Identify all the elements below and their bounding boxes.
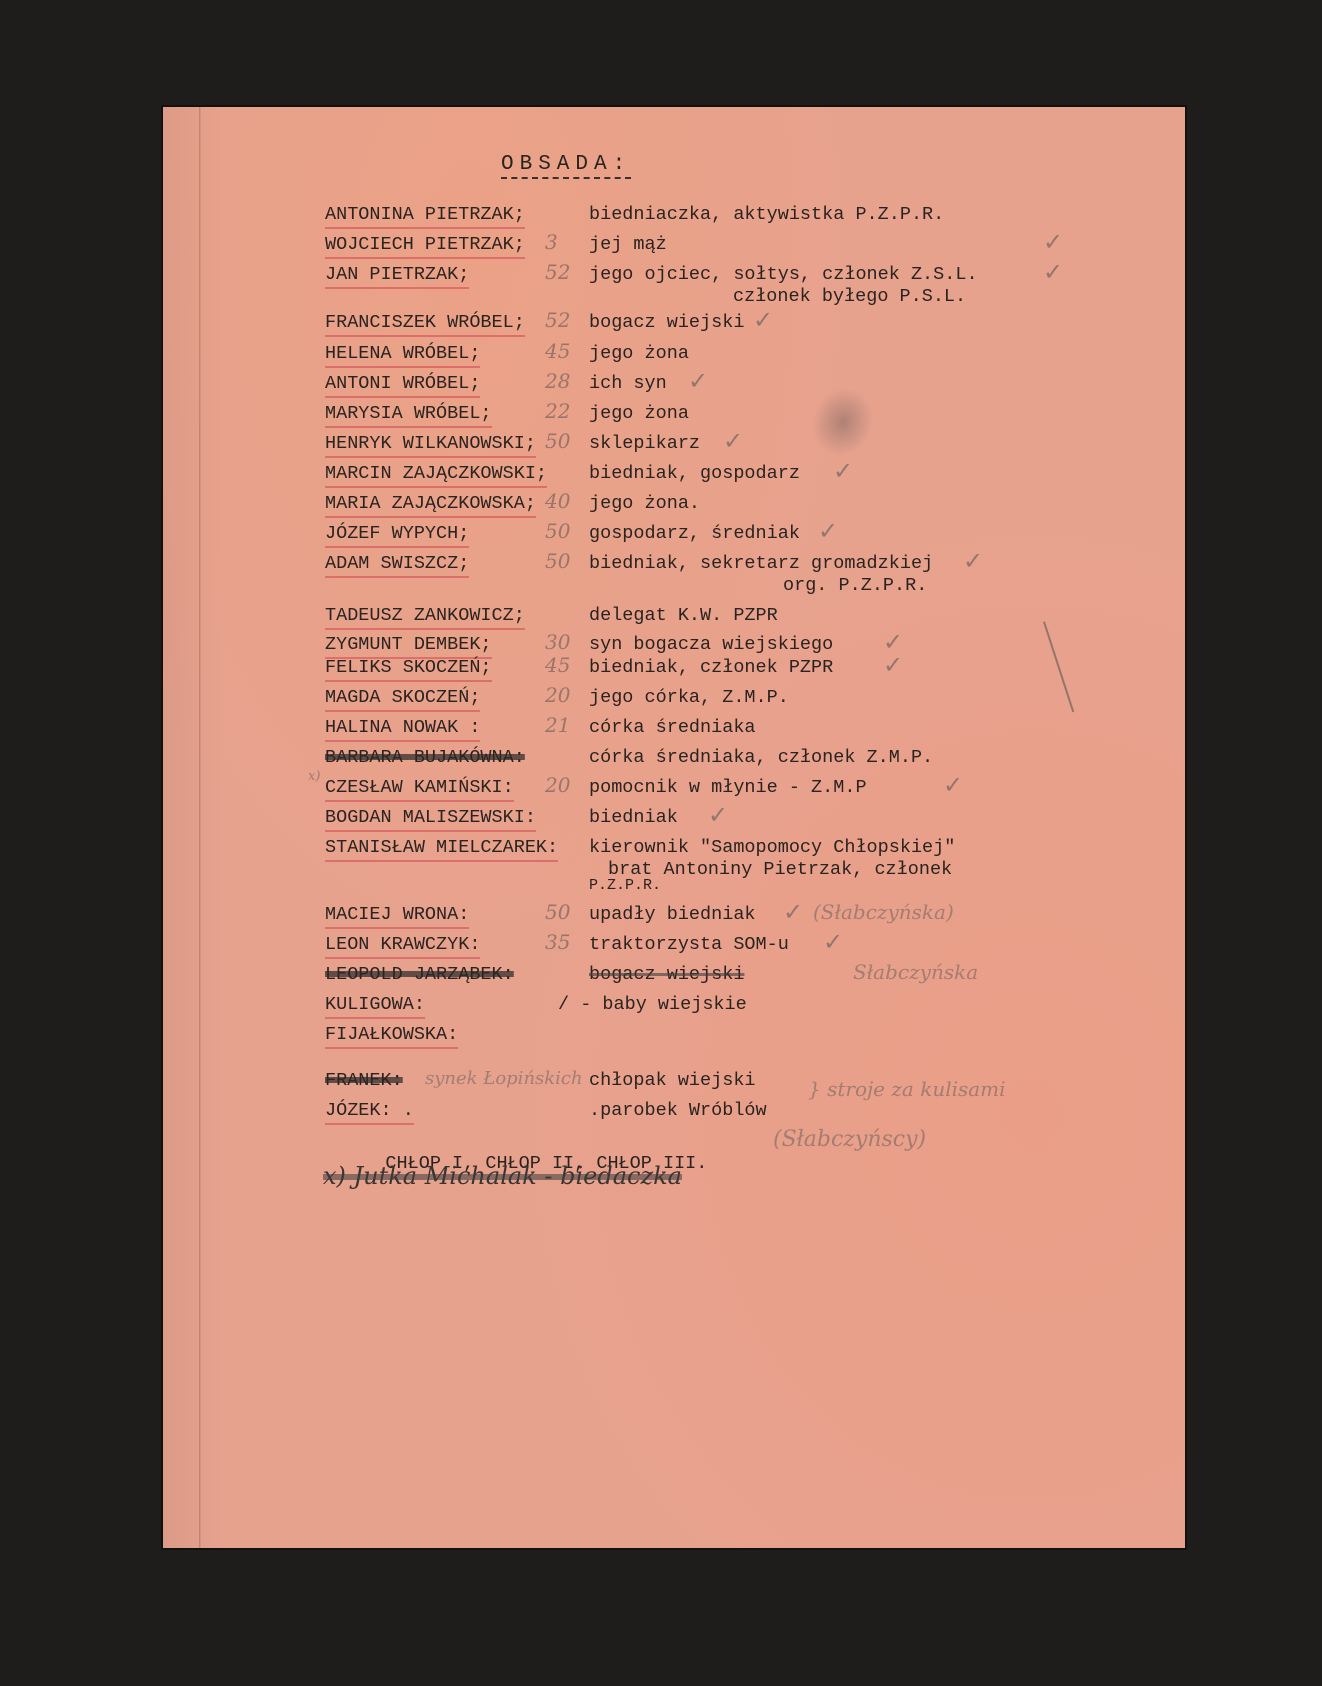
character-role-continued: org. P.Z.P.R. [783, 575, 927, 596]
age-note: 20 [545, 773, 570, 797]
brace-note: } stroje za kulisami [808, 1077, 1006, 1101]
character-role: jego żona [589, 343, 689, 364]
age-note: 3 [545, 230, 558, 254]
character-name: HENRYK WILKANOWSKI; [325, 433, 536, 458]
check-mark-icon: ✓ [708, 801, 728, 829]
pencil-line [1043, 621, 1074, 712]
character-name: LEON KRAWCZYK: [325, 934, 480, 959]
character-role: bogacz wiejski [589, 312, 744, 333]
character-role: delegat K.W. PZPR [589, 605, 778, 626]
character-name: FRANEK: [325, 1070, 403, 1091]
age-note: 30 [545, 630, 570, 654]
character-name: WOJCIECH PIETRZAK; [325, 234, 525, 259]
character-name: KULIGOWA: [325, 994, 425, 1019]
character-role: biedniak, członek PZPR [589, 657, 833, 678]
character-name: CZESŁAW KAMIŃSKI: [325, 777, 514, 802]
age-note: 45 [545, 339, 570, 363]
age-note: 50 [545, 900, 570, 924]
age-note: 35 [545, 930, 570, 954]
character-name: FRANCISZEK WRÓBEL; [325, 312, 525, 337]
character-role: kierownik "Samopomocy Chłopskiej" [589, 837, 955, 858]
character-name: ANTONINA PIETRZAK; [325, 204, 525, 229]
check-mark-icon: ✓ [833, 457, 853, 485]
character-role-continued: członek byłego P.S.L. [733, 286, 966, 307]
check-mark-icon: ✓ [1043, 258, 1063, 286]
character-name: JAN PIETRZAK; [325, 264, 469, 289]
character-name: ADAM SWISZCZ; [325, 553, 469, 578]
character-name: MARCIN ZAJĄCZKOWSKI; [325, 463, 547, 488]
character-name: FIJAŁKOWSKA: [325, 1024, 458, 1049]
character-role: córka średniaka [589, 717, 756, 738]
character-role: bogacz wiejski [589, 964, 744, 985]
character-name: BOGDAN MALISZEWSKI: [325, 807, 536, 832]
character-name: BARBARA BUJAKÓWNA: [325, 747, 525, 768]
check-mark-icon: ✓ [818, 517, 838, 545]
character-role: biedniaczka, aktywistka P.Z.P.R. [589, 204, 944, 225]
check-mark-icon: ✓ [688, 367, 708, 395]
character-role: biedniak [589, 807, 678, 828]
check-mark-icon: ✓ [1043, 228, 1063, 256]
character-name: ZYGMUNT DEMBEK; [325, 634, 492, 659]
check-mark-icon: ✓ [753, 306, 773, 334]
character-role: gospodarz, średniak [589, 523, 800, 544]
age-note: 52 [545, 308, 570, 332]
character-role: / - baby wiejskie [558, 994, 747, 1015]
character-name: HALINA NOWAK : [325, 717, 480, 742]
age-note: 50 [545, 549, 570, 573]
character-name: STANISŁAW MIELCZAREK: [325, 837, 558, 862]
age-note: 28 [545, 369, 570, 393]
check-mark-icon: ✓ [883, 651, 903, 679]
check-mark-icon: ✓ [723, 427, 743, 455]
character-name: TADEUSZ ZANKOWICZ; [325, 605, 525, 630]
character-name: MARYSIA WRÓBEL; [325, 403, 492, 428]
character-name: FELIKS SKOCZEŃ; [325, 657, 492, 682]
character-name: MARIA ZAJĄCZKOWSKA; [325, 493, 536, 518]
character-role: jego ojciec, sołtys, członek Z.S.L. [589, 264, 978, 285]
character-name: MACIEJ WRONA: [325, 904, 469, 929]
character-name: HELENA WRÓBEL; [325, 343, 480, 368]
character-role-continued: P.Z.P.R. [589, 877, 661, 894]
check-mark-icon: ✓ [823, 928, 843, 956]
character-role: córka średniaka, członek Z.M.P. [589, 747, 933, 768]
character-role: traktorzysta SOM-u [589, 934, 789, 955]
extras-note: (Słabczyńscy) [773, 1127, 926, 1152]
character-name: ANTONI WRÓBEL; [325, 373, 480, 398]
character-role: jego żona [589, 403, 689, 424]
age-note: 20 [545, 683, 570, 707]
footnote-marker: x) [308, 769, 320, 784]
age-note: 21 [545, 713, 570, 737]
character-role: jego córka, Z.M.P. [589, 687, 789, 708]
character-role: chłopak wiejski [589, 1070, 756, 1091]
character-role: jego żona. [589, 493, 700, 514]
character-role: jej mąż [589, 234, 667, 255]
check-mark-icon: ✓ [943, 771, 963, 799]
age-note: 52 [545, 260, 570, 284]
character-role: .parobek Wróblów [589, 1100, 767, 1121]
age-note: 45 [545, 653, 570, 677]
character-role: biedniak, gospodarz [589, 463, 800, 484]
character-role: sklepikarz [589, 433, 700, 454]
binding-fold [199, 107, 202, 1548]
inline-pencil-note: synek Łopińskich [425, 1068, 583, 1089]
character-role: biedniak, sekretarz gromadzkiej [589, 553, 933, 574]
pencil-note: (Słabczyńska) [813, 900, 954, 924]
check-mark-icon: ✓ [783, 898, 803, 926]
handwritten-footnote: x) Jutka Michalak - biedaczka [323, 1162, 682, 1190]
character-role: syn bogacza wiejskiego [589, 634, 833, 655]
pencil-smudge [803, 379, 883, 465]
age-note: 22 [545, 399, 570, 423]
check-mark-icon: ✓ [963, 547, 983, 575]
document-title: OBSADA: [501, 153, 631, 179]
character-name: JÓZEF WYPYCH; [325, 523, 469, 548]
pencil-note: Słabczyńska [853, 960, 978, 984]
age-note: 50 [545, 429, 570, 453]
age-note: 50 [545, 519, 570, 543]
age-note: 40 [545, 489, 570, 513]
character-role: pomocnik w młynie - Z.M.P [589, 777, 867, 798]
character-name: LEOPOLD JARZĄBEK: [325, 964, 514, 985]
character-role: ich syn [589, 373, 667, 394]
document-page: OBSADA: ANTONINA PIETRZAK;Dwzyńskabiedni… [163, 107, 1185, 1548]
character-name: MAGDA SKOCZEŃ; [325, 687, 480, 712]
character-name: JÓZEK: . [325, 1100, 414, 1125]
character-role: upadły biedniak [589, 904, 756, 925]
